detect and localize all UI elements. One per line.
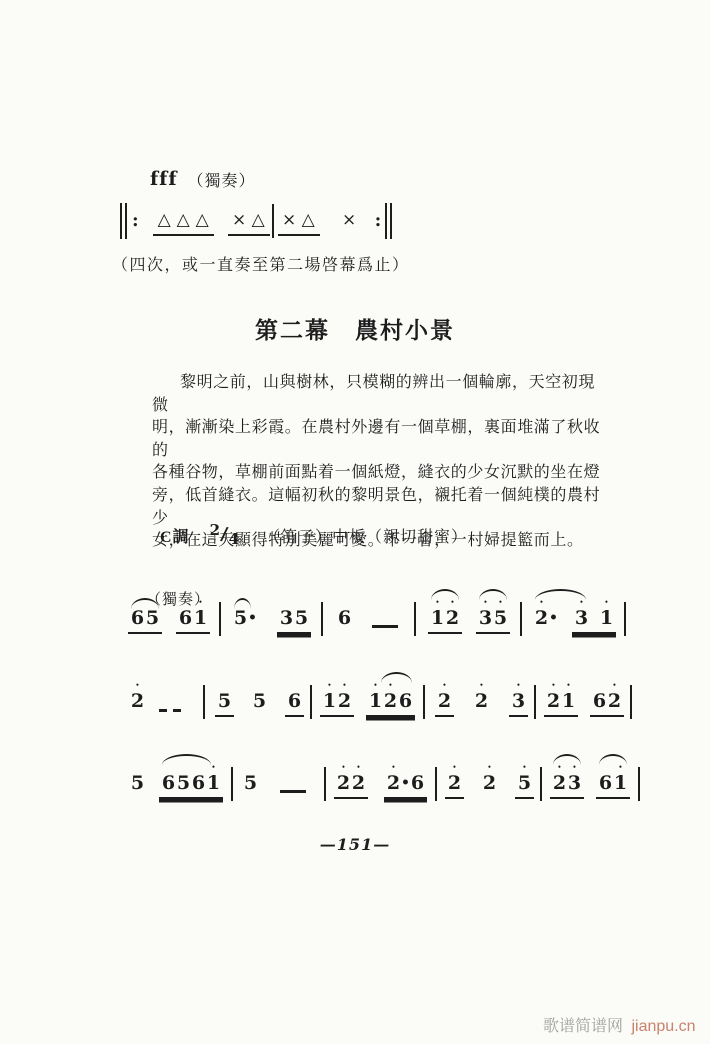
note: 6 <box>592 681 607 712</box>
barline <box>540 767 542 801</box>
key-tempo-line: C調 2/4 （笛子）中板（親切甜蜜） <box>160 524 468 547</box>
note: •1 <box>368 681 383 712</box>
time-signature: 2/4 <box>210 524 240 545</box>
paragraph-line: 各種谷物，草棚前面點着一個紙燈，縫衣的少女沉默的坐在燈 <box>152 462 604 485</box>
note: •2 <box>447 763 462 794</box>
slur-arc <box>431 589 459 600</box>
note: •1 <box>599 598 614 629</box>
note: •5 <box>517 763 532 794</box>
note: △ <box>249 200 268 231</box>
note-group: ×△ <box>228 200 270 236</box>
note: △ <box>174 200 193 231</box>
note: 6 <box>161 763 176 794</box>
barline <box>520 602 522 636</box>
note: 5 <box>243 763 258 794</box>
note: 6 <box>598 763 613 794</box>
barline <box>630 685 632 719</box>
note: •2 <box>482 763 497 794</box>
barline <box>310 685 312 719</box>
note: •5 <box>493 598 508 629</box>
repeat-instruction: （四次，或一直奏至第二場啓幕爲止） <box>112 252 410 275</box>
note-group: •2•2 <box>334 763 368 799</box>
barline <box>423 685 425 719</box>
melody-line-2: •2556•1•2•1•26•2•2•3•2•16•2 <box>128 681 632 719</box>
augmentation-dot: • <box>549 598 558 629</box>
slur-arc <box>553 754 581 765</box>
octave-dot: • <box>517 681 520 690</box>
note: 5 <box>176 763 191 794</box>
note-group: ×△ <box>278 200 320 236</box>
octave-dot: • <box>357 763 360 772</box>
augmentation-dot: • <box>401 763 410 794</box>
note: 5 <box>294 598 309 629</box>
repeat-end-barline: : <box>373 200 396 239</box>
note: •2 <box>386 763 401 794</box>
paragraph-line: 黎明之前，山與樹林，只模糊的辨出一個輪廓，天空初現微 <box>152 372 604 417</box>
scanned-score-page: { "header": { "dynamics": "fff", "solo_l… <box>0 0 710 1044</box>
note-group: 5 <box>250 681 269 717</box>
octave-dot: • <box>488 763 491 772</box>
note-group: 6 <box>335 598 354 634</box>
octave-dot: • <box>580 598 583 607</box>
barline <box>272 204 274 238</box>
barline <box>231 767 233 801</box>
time-numerator: 2 <box>210 521 221 539</box>
octave-dot: • <box>567 681 570 690</box>
note: •1 <box>193 598 208 629</box>
note: × <box>280 200 299 231</box>
note: △ <box>193 200 212 231</box>
duration-dash <box>372 625 398 628</box>
note-group: •2 <box>480 763 499 799</box>
note-group: 6•1 <box>596 763 630 799</box>
note: 6 <box>337 598 352 629</box>
note: •2 <box>437 681 452 712</box>
note-group: 35 <box>277 598 311 634</box>
octave-dot: • <box>328 681 331 690</box>
note-group: •2 <box>445 763 464 799</box>
dynamics-line: fff （獨奏） <box>150 168 256 191</box>
note-group: •2•3 <box>550 763 584 799</box>
note-group: △△△ <box>153 200 214 236</box>
barline <box>203 685 205 719</box>
note-group: •2• <box>532 598 560 634</box>
barline <box>435 767 437 801</box>
slur-arc <box>381 672 412 683</box>
octave-dot: • <box>523 763 526 772</box>
note-group: 5 <box>128 763 147 799</box>
watermark-site-url: jianpu.cn <box>631 1018 695 1035</box>
note-group: •1•2 <box>428 598 462 634</box>
octave-dot: • <box>613 681 616 690</box>
note-group: 65 <box>128 598 162 634</box>
note: •2 <box>445 598 460 629</box>
note: •1 <box>430 598 445 629</box>
note-group: •3 <box>509 681 528 717</box>
octave-dot: • <box>605 598 608 607</box>
note: × <box>340 200 359 231</box>
octave-dot: • <box>392 763 395 772</box>
watermark: 歌谱简谱网 jianpu.cn <box>543 1013 696 1036</box>
melody-line-3: 5656•15•2•2•2•6•2•2•5•2•36•1 <box>128 763 640 801</box>
note: 6 <box>178 598 193 629</box>
note: 5 <box>217 681 232 712</box>
note-group: 6•1 <box>176 598 210 634</box>
barline <box>534 685 536 719</box>
octave-dot: • <box>342 763 345 772</box>
note: 5 <box>252 681 267 712</box>
page-number: —151— <box>0 835 710 854</box>
key-signature: C調 <box>160 524 190 547</box>
note-group: •1•26 <box>366 681 415 717</box>
barline <box>638 767 640 801</box>
note-group: 656•1 <box>159 763 223 799</box>
note: •1 <box>206 763 221 794</box>
note: •3 <box>574 598 589 629</box>
note: 6 <box>287 681 302 712</box>
note-group: 5 <box>215 681 234 717</box>
octave-dot: • <box>374 681 377 690</box>
barline <box>624 602 626 636</box>
solo-label-top: （獨奏） <box>188 168 256 191</box>
note: •2 <box>552 763 567 794</box>
percussion-line: :△△△×△×△×: <box>120 200 395 239</box>
note-group: •2 <box>435 681 454 717</box>
note-group: 6 <box>285 681 304 717</box>
note-group: × <box>338 200 361 236</box>
note: 6 <box>191 763 206 794</box>
note: •3 <box>511 681 526 712</box>
note-group: •3•1 <box>572 598 616 634</box>
note: 5 <box>130 763 145 794</box>
note-group: •1•2 <box>320 681 354 717</box>
note-group: 6•2 <box>590 681 624 717</box>
octave-dot: • <box>453 763 456 772</box>
octave-dot: • <box>212 763 215 772</box>
duration-dashes <box>159 709 187 712</box>
note: •2 <box>474 681 489 712</box>
barline <box>219 602 221 636</box>
act-title: 第二幕 農村小景 <box>0 312 710 345</box>
note: △ <box>299 200 318 231</box>
note: •2 <box>383 681 398 712</box>
note: •2 <box>534 598 549 629</box>
barline <box>324 767 326 801</box>
note: •1 <box>322 681 337 712</box>
time-denominator: 4 <box>229 530 240 548</box>
slur-arc <box>162 754 211 765</box>
octave-dot: • <box>136 681 139 690</box>
note: 3 <box>279 598 294 629</box>
note: •1 <box>561 681 576 712</box>
octave-dot: • <box>443 681 446 690</box>
note: •2 <box>130 681 145 712</box>
octave-dot: • <box>199 598 202 607</box>
note: 6 <box>410 763 425 794</box>
note: × <box>230 200 249 231</box>
note: •2 <box>607 681 622 712</box>
watermark-site-name: 歌谱简谱网 <box>543 1018 623 1035</box>
slur-arc <box>479 589 507 600</box>
note-group: •2 <box>472 681 491 717</box>
octave-dot: • <box>480 681 483 690</box>
melody-line-1: 656•15•356•1•2•3•5•2••3•1 <box>128 598 626 636</box>
paragraph-line: 明，漸漸染上彩霞。在農村外邊有一個草棚，裏面堆滿了秋收的 <box>152 417 604 462</box>
note-group: •5 <box>515 763 534 799</box>
note: •2 <box>337 681 352 712</box>
octave-dot: • <box>552 681 555 690</box>
note: •2 <box>336 763 351 794</box>
note-group: •2 <box>128 681 147 717</box>
duration-dash <box>280 790 306 793</box>
note: •2 <box>351 763 366 794</box>
barline <box>321 602 323 636</box>
note: •2 <box>546 681 561 712</box>
note-group: 5 <box>241 763 260 799</box>
tempo-marking: （笛子）中板（親切甜蜜） <box>264 524 468 547</box>
note: △ <box>155 200 174 231</box>
dynamics-marking: fff <box>150 168 178 190</box>
note-group: 5• <box>231 598 259 634</box>
octave-dot: • <box>343 681 346 690</box>
repeat-start-barline: : <box>120 200 143 239</box>
slur-arc <box>599 754 627 765</box>
note: •1 <box>613 763 628 794</box>
note-group: •2•1 <box>544 681 578 717</box>
note: •3 <box>478 598 493 629</box>
note: 6 <box>398 681 413 712</box>
barline <box>414 602 416 636</box>
note-group: •2•6 <box>384 763 427 799</box>
note-group: •3•5 <box>476 598 510 634</box>
note: •3 <box>567 763 582 794</box>
